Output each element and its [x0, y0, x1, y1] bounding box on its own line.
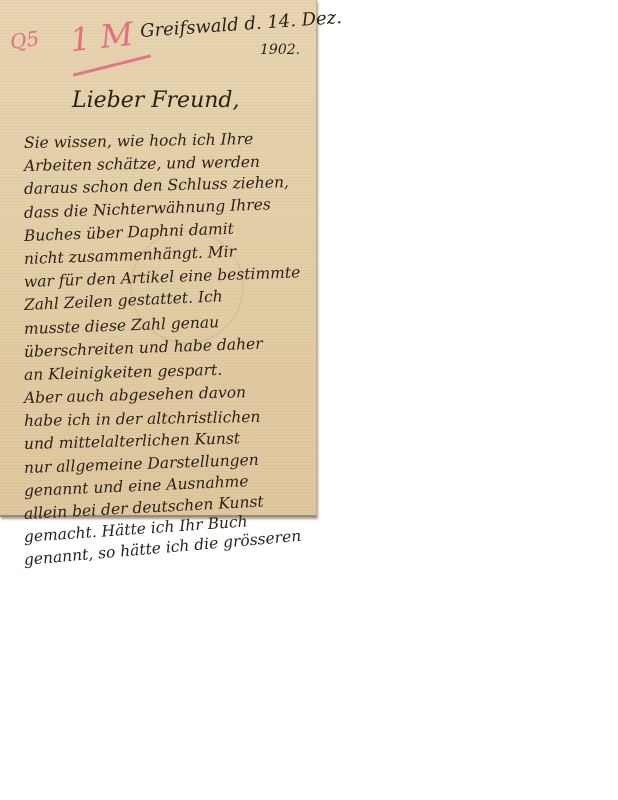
salutation: Lieber Freund,	[72, 88, 240, 113]
letter-page: Q5 1 M Greifswald d. 14. Dez. 1902. Lieb…	[0, 0, 317, 517]
year: 1902.	[260, 42, 300, 58]
place-date: Greifswald d. 14. Dez.	[140, 7, 343, 42]
pencil-annotation-price: 1 M	[68, 15, 135, 59]
letter-body: Sie wissen, wie hoch ich IhreArbeiten sc…	[24, 132, 314, 573]
pencil-annotation-number: Q5	[8, 26, 40, 54]
